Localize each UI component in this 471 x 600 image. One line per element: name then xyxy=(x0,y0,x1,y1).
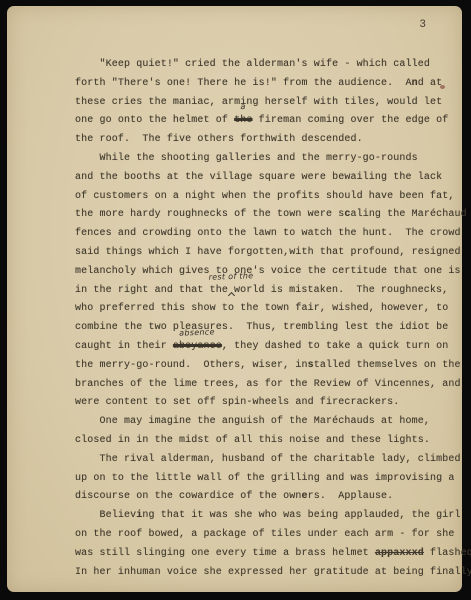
text-line: Believing that it was she who was being … xyxy=(75,507,452,526)
text-line: of customers on a night when the profits… xyxy=(75,188,452,207)
text-line: on the roof bowed, a package of tiles un… xyxy=(75,526,452,545)
text-line: closed in in the midst of all this noise… xyxy=(75,432,452,451)
document-page: { "page": { "number": "3", "paper_color"… xyxy=(0,0,471,600)
page-number: 3 xyxy=(419,19,426,31)
text-line: fences and crowding onto the lawn to wat… xyxy=(75,225,452,244)
handwritten-insertion: rest of the xyxy=(228,282,234,292)
text-line: the roof. The five others forthwith desc… xyxy=(75,131,452,150)
text-line: these cries the maniac, arming herself w… xyxy=(75,94,452,113)
handwritten-word: rest of the xyxy=(209,272,254,282)
text-line: in the right and that therest of theworl… xyxy=(75,282,452,301)
handwritten-correction: abeyanceabsence xyxy=(173,338,222,357)
text-line: In her inhuman voice she expressed her g… xyxy=(75,564,452,583)
ink-stain xyxy=(440,85,445,89)
text-line: said things which I have forgotten,with … xyxy=(75,244,452,263)
text-line: who preferred this show to the town fair… xyxy=(75,300,452,319)
text-line: "Keep quiet!" cried the alderman's wife … xyxy=(75,56,452,75)
typewritten-text-block: "Keep quiet!" cried the alderman's wife … xyxy=(75,56,452,582)
text-line: were content to set off spin-wheels and … xyxy=(75,394,452,413)
text-line: While the shooting galleries and the mer… xyxy=(75,150,452,169)
handwritten-word: a xyxy=(241,103,246,111)
text-line: forth "There's one! There he is!" from t… xyxy=(75,75,452,94)
text-line: melancholy which gives to one's voice th… xyxy=(75,263,452,282)
manuscript-paper: 3 "Keep quiet!" cried the alderman's wif… xyxy=(7,6,462,592)
text-line: The rival alderman, husband of the chari… xyxy=(75,451,452,470)
text-line: discourse on the cowardice of the owners… xyxy=(75,488,452,507)
text-line: and the booths at the village square wer… xyxy=(75,169,452,188)
text-line: up on to the little wall of the grilling… xyxy=(75,470,452,489)
text-line: was still slinging one every time a bras… xyxy=(75,545,452,564)
handwritten-word: absence xyxy=(180,328,216,337)
typed-strikeout-word: appaxxxd xyxy=(375,548,424,559)
text-line: the merry-go-round. Others, wiser, insta… xyxy=(75,357,452,376)
text-line: One may imagine the anguish of the Maréc… xyxy=(75,413,452,432)
handwritten-correction: thea xyxy=(234,112,252,131)
text-line: the more hardy roughnecks of the town we… xyxy=(75,206,452,225)
text-line: combine the two pleasures. Thus, trembli… xyxy=(75,319,452,338)
text-line: one go onto the helmet of thea fireman c… xyxy=(75,112,452,131)
text-line: branches of the lime trees, as for the R… xyxy=(75,376,452,395)
text-line: caught in their abeyanceabsence, they da… xyxy=(75,338,452,357)
